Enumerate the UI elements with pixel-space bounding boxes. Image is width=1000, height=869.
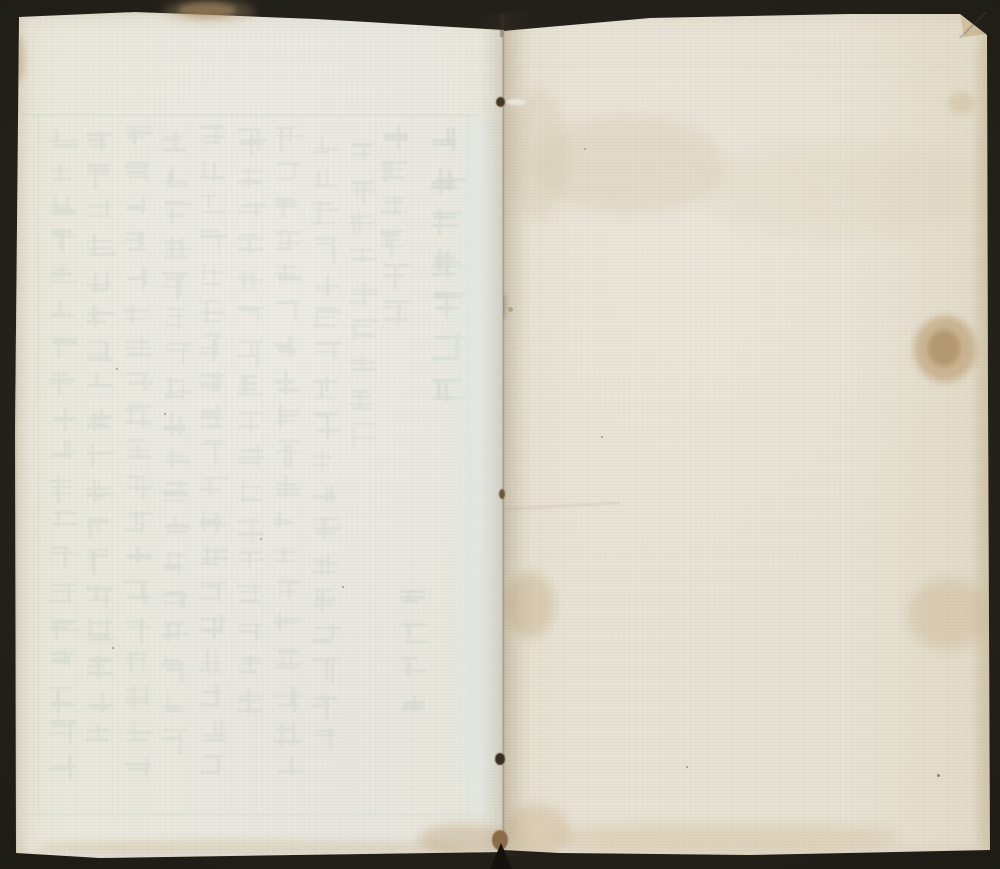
stitch-paper-streak [506,99,526,105]
dog-ear-crease [958,12,988,38]
paper-speck [937,774,940,777]
paper-speck [112,647,114,649]
fold-shadow-left [478,14,502,856]
paper-speck [686,766,688,768]
fold-crease-line [502,13,504,858]
book-scan-backdrop [0,0,1000,869]
paper-speck [164,413,166,415]
fold-shadow-right [503,12,533,857]
paper-speck [342,586,344,588]
paper-speck [601,436,603,438]
stain-top-edge-stain-halo [163,0,255,24]
binding-and-stain-layer [0,0,1000,869]
binding-stitch-lower [495,753,505,765]
paper-speck [584,148,586,150]
binding-stitch-middle [499,489,505,499]
binding-stitch-top [496,97,505,107]
fold-top-notch [500,13,503,37]
paper-speck [260,538,262,540]
paper-speck [116,368,118,370]
